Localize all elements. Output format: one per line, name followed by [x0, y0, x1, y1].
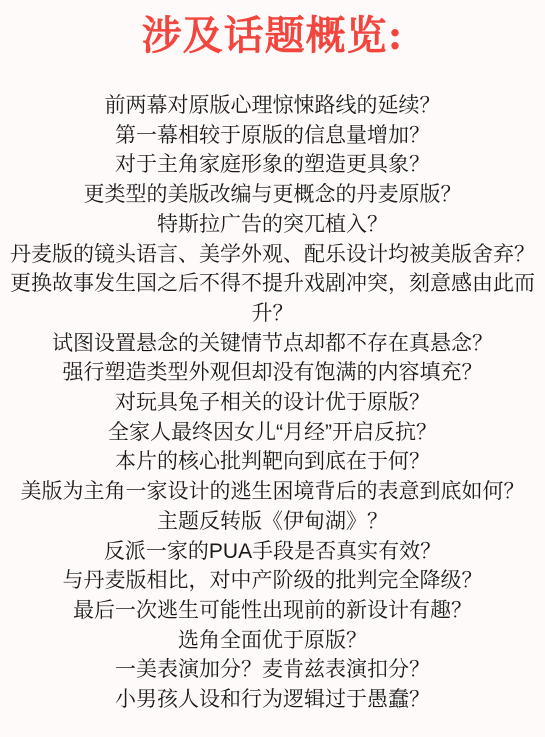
topic-line: 一美表演加分？麦肯兹表演扣分？ — [0, 655, 545, 685]
topic-line: 小男孩人设和行为逻辑过于愚蠢？ — [0, 685, 545, 715]
topics-list: 前两幕对原版心理惊悚路线的延续？第一幕相较于原版的信息量增加？对于主角家庭形象的… — [0, 91, 545, 715]
topic-line: 更类型的美版改编与更概念的丹麦原版？ — [0, 180, 545, 210]
topics-overview-page: 涉及话题概览: 前两幕对原版心理惊悚路线的延续？第一幕相较于原版的信息量增加？对… — [0, 0, 545, 737]
topic-line: 试图设置悬念的关键情节点却都不存在真悬念？ — [0, 329, 545, 359]
page-title: 涉及话题概览: — [0, 12, 545, 60]
topic-line: 更换故事发生国之后不得不提升戏剧冲突，刻意感由此而升？ — [0, 269, 545, 328]
topic-line: 丹麦版的镜头语言、美学外观、配乐设计均被美版舍弃？ — [0, 240, 545, 270]
topic-line: 美版为主角一家设计的逃生困境背后的表意到底如何？ — [0, 477, 545, 507]
topic-line: 与丹麦版相比，对中产阶级的批判完全降级？ — [0, 566, 545, 596]
topic-line: 对于主角家庭形象的塑造更具象？ — [0, 150, 545, 180]
topic-line: 最后一次逃生可能性出现前的新设计有趣？ — [0, 596, 545, 626]
topic-line: 选角全面优于原版？ — [0, 626, 545, 656]
topic-line: 强行塑造类型外观但却没有饱满的内容填充？ — [0, 358, 545, 388]
topic-line: 第一幕相较于原版的信息量增加？ — [0, 121, 545, 151]
topic-line: 反派一家的PUA手段是否真实有效？ — [0, 537, 545, 567]
topic-line: 前两幕对原版心理惊悚路线的延续？ — [0, 91, 545, 121]
topic-line: 对玩具兔子相关的设计优于原版？ — [0, 388, 545, 418]
topic-line: 特斯拉广告的突兀植入？ — [0, 210, 545, 240]
topic-line: 全家人最终因女儿“月经”开启反抗？ — [0, 418, 545, 448]
topic-line: 本片的核心批判靶向到底在于何？ — [0, 447, 545, 477]
topic-line: 主题反转版《伊甸湖》？ — [0, 507, 545, 537]
